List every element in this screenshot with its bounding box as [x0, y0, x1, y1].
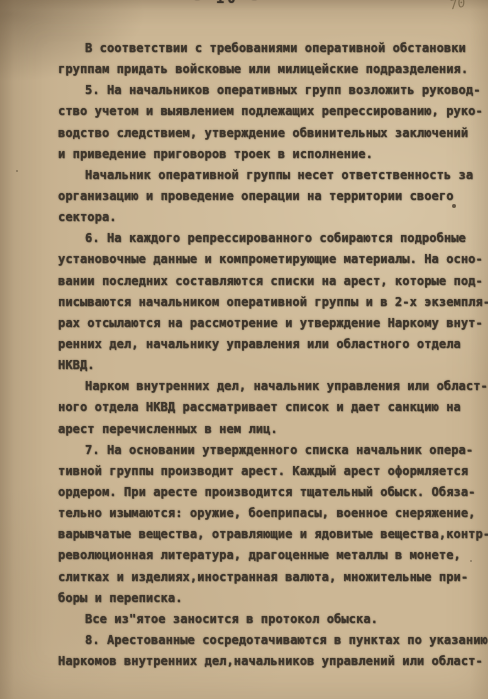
- ink-speck: [110, 640, 112, 642]
- text-line: Начальник оперативной группы несет ответ…: [58, 165, 482, 186]
- ink-speck: [16, 170, 18, 172]
- ink-speck: [470, 560, 472, 562]
- text-line: и приведение приговоров троек в исполнен…: [58, 144, 482, 165]
- text-line: водство следствием, утверждение обвините…: [58, 123, 482, 144]
- typewritten-text-block: В соответствии с требованиями оперативно…: [58, 38, 482, 672]
- text-line: тивной группы производит арест. Каждый а…: [58, 461, 482, 482]
- handwritten-corner-number: 70: [449, 0, 467, 13]
- text-line: 7. На основании утвержденного списка нач…: [58, 440, 482, 461]
- text-line: организацию и проведение операции на тер…: [58, 186, 482, 207]
- text-line: боры и переписка.: [58, 588, 482, 609]
- text-line: ренних дел, начальнику управления или об…: [58, 334, 482, 355]
- ink-speck: [251, 662, 254, 665]
- text-line: вании последних составляются списки на а…: [58, 271, 482, 292]
- page-number: - 10 -: [193, 0, 262, 7]
- text-line: рах отсылаются на рассмотрение и утвержд…: [58, 313, 482, 334]
- text-line: ство учетом и выявлением подлежащих репр…: [58, 101, 482, 122]
- ink-speck: [444, 381, 447, 384]
- text-line: 5. На начальников оперативных групп возл…: [58, 80, 482, 101]
- text-line: арест перечисленных в нем лиц.: [58, 419, 482, 440]
- text-line: ного отдела НКВД рассматривает список и …: [58, 397, 482, 418]
- text-line: тельно изымаются: оружие, боеприпасы, во…: [58, 503, 482, 524]
- text-line: Нарком внутренних дел, начальник управле…: [58, 376, 482, 397]
- text-line: В соответствии с требованиями оперативно…: [58, 38, 482, 59]
- ink-speck: [452, 204, 456, 208]
- text-line: установочные данные и компрометирующие м…: [58, 249, 482, 270]
- text-line: НКВД.: [58, 355, 482, 376]
- text-line: Наркомов внутренних дел,начальников упра…: [58, 651, 482, 672]
- text-line: группам придать войсковые или милицейски…: [58, 59, 482, 80]
- text-line: сектора.: [58, 207, 482, 228]
- text-line: 8. Арестованные сосредотачиваются в пунк…: [58, 630, 482, 651]
- text-line: Все из"ятое заносится в протокол обыска.: [58, 609, 482, 630]
- text-line: 6. На каждого репрессированного собирают…: [58, 228, 482, 249]
- text-line: революционная литература, драгоценные ме…: [58, 545, 482, 566]
- text-line: варывчатые вещества, отравляющие и ядови…: [58, 524, 482, 545]
- text-line: писываются начальником оперативной групп…: [58, 292, 482, 313]
- text-line: ордером. При аресте производится тщатель…: [58, 482, 482, 503]
- document-page: - 10 - 70 В соответствии с требованиями …: [0, 0, 488, 699]
- text-line: слитках и изделиях,иностранная валюта, м…: [58, 567, 482, 588]
